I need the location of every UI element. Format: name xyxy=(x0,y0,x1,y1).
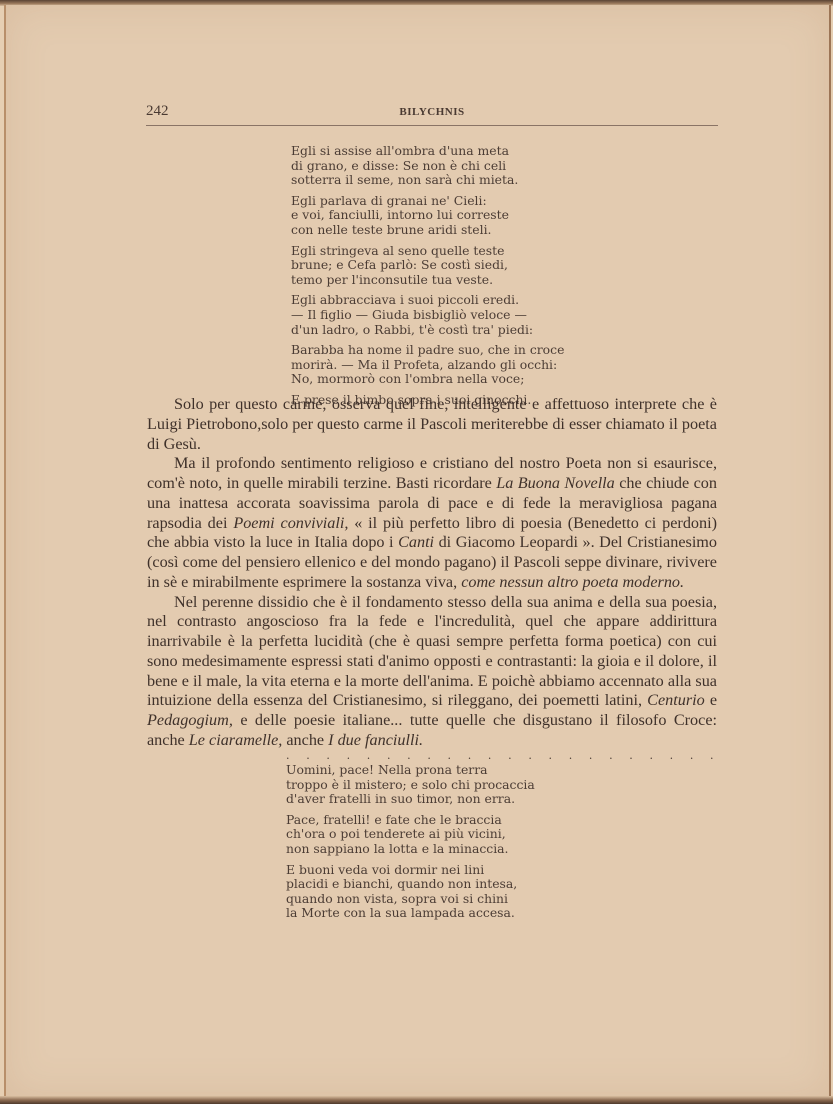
verse-line: troppo è il mistero; e solo chi procacci… xyxy=(286,778,720,793)
verse-line: d'un ladro, o Rabbi, t'è costì tra' pied… xyxy=(291,323,564,338)
italic-title: Le ciaramelle, xyxy=(189,731,283,749)
text-run: Solo per questo carme, osserva quel fine… xyxy=(147,395,717,453)
verse-line: Uomini, pace! Nella prona terra xyxy=(286,763,720,778)
verse-line: E buoni veda voi dormir nei lini xyxy=(286,863,720,878)
verse-line: di grano, e disse: Se non è chi celi xyxy=(291,159,564,174)
verse-line: Egli abbracciava i suoi piccoli eredi. xyxy=(291,293,564,308)
italic-emphasis: come nessun altro poeta moderno. xyxy=(461,573,684,591)
italic-title: Centurio xyxy=(647,691,705,709)
text-run: Nel perenne dissidio che è il fondamento… xyxy=(147,593,717,710)
text-run: anche xyxy=(282,731,328,749)
italic-title: Pedagogium, xyxy=(147,711,233,729)
stanza: Egli parlava di granai ne' Cieli: e voi,… xyxy=(291,194,564,238)
ellipsis-line: . . . . . . . . . . . . . . . . . . . . … xyxy=(286,751,720,761)
verse-line: quando non vista, sopra voi si chini xyxy=(286,892,720,907)
verse-line: Egli stringeva al seno quelle teste xyxy=(291,244,564,259)
body-text: Solo per questo carme, osserva quel fine… xyxy=(147,395,717,751)
verse-line: No, mormorò con l'ombra nella voce; xyxy=(291,372,564,387)
page-bottom-edge xyxy=(0,1096,833,1104)
verse-line: d'aver fratelli in suo timor, non erra. xyxy=(286,792,720,807)
verse-line: — Il figlio — Giuda bisbigliò veloce — xyxy=(291,308,564,323)
paragraph: Ma il profondo sentimento religioso e cr… xyxy=(147,454,717,592)
stanza: Egli si assise all'ombra d'una meta di g… xyxy=(291,144,564,188)
verse-line: morirà. — Ma il Profeta, alzando gli occ… xyxy=(291,358,564,373)
verse-line: con nelle teste brune aridi steli. xyxy=(291,223,564,238)
stanza: Pace, fratelli! e fate che le braccia ch… xyxy=(286,813,720,857)
poem-quotation-1: Egli si assise all'ombra d'una meta di g… xyxy=(291,144,564,414)
stanza: Uomini, pace! Nella prona terra troppo è… xyxy=(286,763,720,807)
verse-line: non sappiano la lotta e la minaccia. xyxy=(286,842,720,857)
stanza: Egli stringeva al seno quelle teste brun… xyxy=(291,244,564,288)
italic-title: I due fanciulli. xyxy=(328,731,423,749)
paragraph: Nel perenne dissidio che è il fondamento… xyxy=(147,593,717,751)
paragraph: Solo per questo carme, osserva quel fine… xyxy=(147,395,717,454)
verse-line: Egli parlava di granai ne' Cieli: xyxy=(291,194,564,209)
text-run: e xyxy=(705,691,717,709)
italic-title: Canti xyxy=(398,533,434,551)
verse-line: Pace, fratelli! e fate che le braccia xyxy=(286,813,720,828)
verse-line: brune; e Cefa parlò: Se costì siedi, xyxy=(291,258,564,273)
stanza: E buoni veda voi dormir nei lini placidi… xyxy=(286,863,720,921)
verse-line: temo per l'inconsutile tua veste. xyxy=(291,273,564,288)
verse-line: la Morte con la sua lampada accesa. xyxy=(286,906,720,921)
stanza: Barabba ha nome il padre suo, che in cro… xyxy=(291,343,564,387)
poem-quotation-2: . . . . . . . . . . . . . . . . . . . . … xyxy=(286,751,720,927)
verse-line: sotterra il seme, non sarà chi mieta. xyxy=(291,173,564,188)
verse-line: e voi, fanciulli, intorno lui correste xyxy=(291,208,564,223)
verse-line: Egli si assise all'ombra d'una meta xyxy=(291,144,564,159)
running-title: BILYCHNIS xyxy=(146,106,718,118)
italic-title: La Buona Novella xyxy=(496,474,615,492)
verse-line: Barabba ha nome il padre suo, che in cro… xyxy=(291,343,564,358)
stanza: Egli abbracciava i suoi piccoli eredi. —… xyxy=(291,293,564,337)
verse-line: placidi e bianchi, quando non intesa, xyxy=(286,877,720,892)
verse-line: ch'ora o poi tenderete ai più vicini, xyxy=(286,827,720,842)
running-header: 242 BILYCHNIS xyxy=(146,103,718,126)
italic-title: Poemi conviviali, xyxy=(233,514,348,532)
